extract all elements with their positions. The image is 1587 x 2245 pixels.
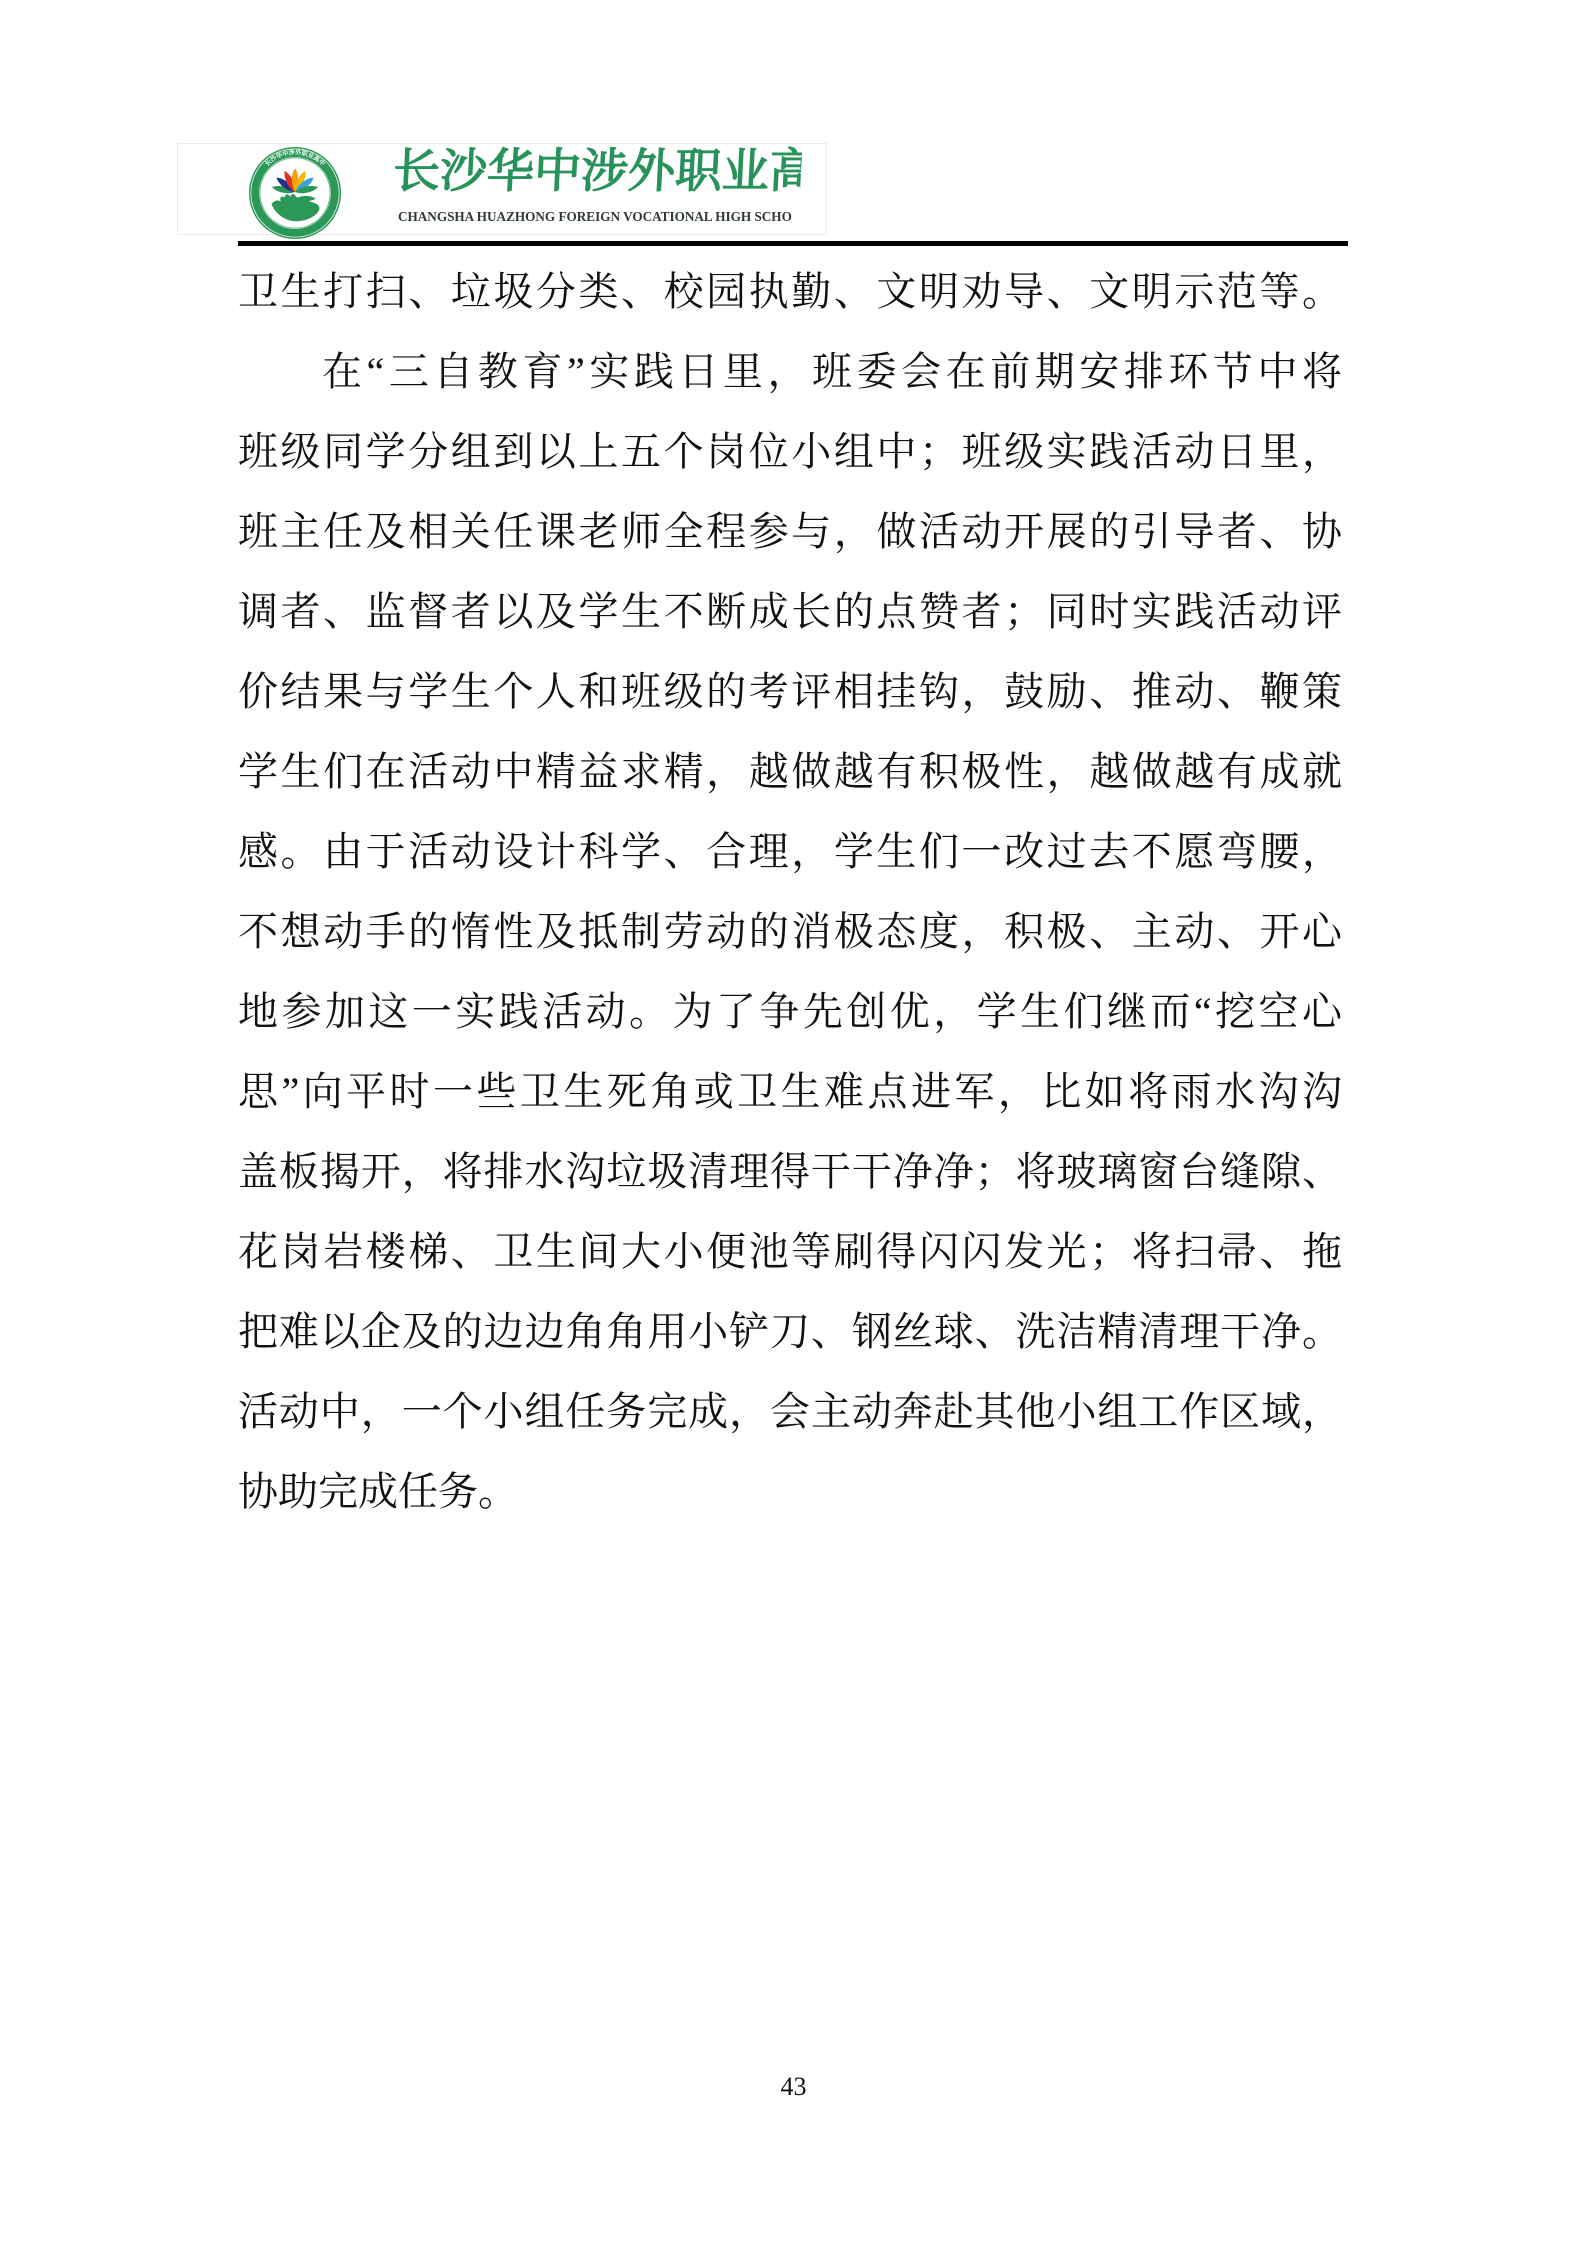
page-number: 43 — [0, 2072, 1587, 2102]
paragraph-line: 地参加这一实践活动。为了争先创优，学生们继而“挖空心 — [238, 972, 1342, 1052]
paragraph-line: 班主任及相关任课老师全程参与，做活动开展的引导者、协 — [238, 492, 1342, 572]
paragraph-line: 活动中，一个小组任务完成，会主动奔赴其他小组工作区域， — [238, 1372, 1342, 1452]
paragraph-line: 卫生打扫、垃圾分类、校园执勤、文明劝导、文明示范等。 — [238, 252, 1342, 332]
paragraph-line: 调者、监督者以及学生不断成长的点赞者；同时实践活动评 — [238, 572, 1342, 652]
paragraph-line: 花岗岩楼梯、卫生间大小便池等刷得闪闪发光；将扫帚、拖 — [238, 1212, 1342, 1292]
school-emblem-icon: 长沙华中涉外职业高中 CHANGSHA HUAZHONG FOREIGN VOC… — [248, 146, 342, 240]
paragraph-line: 班级同学分组到以上五个岗位小组中；班级实践活动日里， — [238, 412, 1342, 492]
document-body: 卫生打扫、垃圾分类、校园执勤、文明劝导、文明示范等。 在“三自教育”实践日里，班… — [238, 252, 1342, 1532]
header-divider — [238, 241, 1348, 246]
paragraph-line: 学生们在活动中精益求精，越做越有积极性，越做越有成就 — [238, 732, 1342, 812]
paragraph-line: 思”向平时一些卫生死角或卫生难点进军，比如将雨水沟沟 — [238, 1052, 1342, 1132]
school-name-chinese: 长沙华中涉外职业高中 — [391, 138, 803, 206]
paragraph-line: 感。由于活动设计科学、合理，学生们一改过去不愿弯腰， — [238, 812, 1342, 892]
paragraph-line: 协助完成任务。 — [238, 1452, 1342, 1532]
paragraph-line: 在“三自教育”实践日里，班委会在前期安排环节中将 — [238, 332, 1342, 412]
paragraph-line: 把难以企及的边边角角用小铲刀、钢丝球、洗洁精清理干净。 — [238, 1292, 1342, 1372]
paragraph-line: 不想动手的惰性及抵制劳动的消极态度，积极、主动、开心 — [238, 892, 1342, 972]
paragraph-line: 价结果与学生个人和班级的考评相挂钩，鼓励、推动、鞭策 — [238, 652, 1342, 732]
paragraph-line: 盖板揭开，将排水沟垃圾清理得干干净净；将玻璃窗台缝隙、 — [238, 1132, 1342, 1212]
school-name-english: CHANGSHA HUAZHONG FOREIGN VOCATIONAL HIG… — [398, 207, 792, 227]
document-page: 长沙华中涉外职业高中 CHANGSHA HUAZHONG FOREIGN VOC… — [0, 0, 1587, 2245]
